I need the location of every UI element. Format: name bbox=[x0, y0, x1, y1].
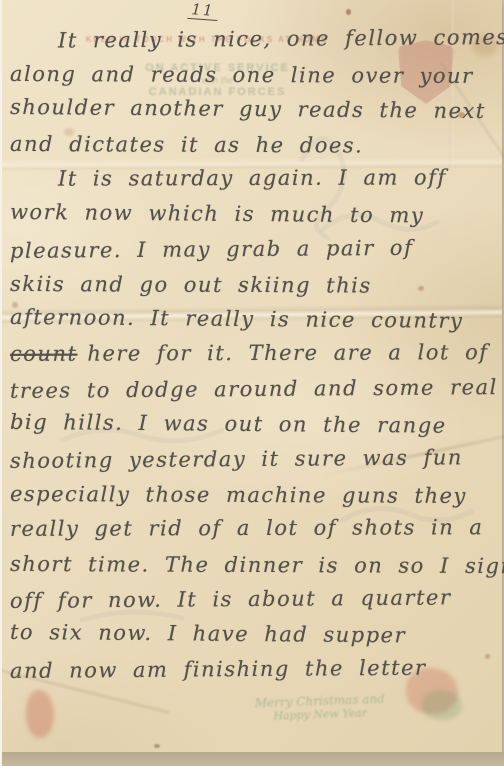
letter-line: off for now. It is about a quarter bbox=[10, 580, 498, 619]
letter-line: shoulder another guy reads the next bbox=[10, 90, 498, 129]
letter-line: especially those machine guns they bbox=[10, 477, 498, 514]
letter-line: really get rid of a lot of shots in a bbox=[10, 510, 498, 547]
letter-line: skiis and go out skiing this bbox=[10, 267, 498, 304]
letter-line: counthere for it. There are a lot of bbox=[10, 335, 498, 372]
letter-line: It is saturday again. I am off bbox=[10, 160, 498, 197]
letter-body: It really is nice, one fellow comes alon… bbox=[10, 22, 498, 687]
letter-line: It really is nice, one fellow comes bbox=[10, 20, 498, 59]
letter-line: shooting yesterday it sure was fun bbox=[10, 440, 498, 479]
letter-line: pleasure. I may grab a pair of bbox=[10, 230, 498, 269]
letter-content: 11 It really is nice, one fellow comes a… bbox=[2, 0, 502, 756]
letter-line: afternoon. It really is nice country bbox=[10, 300, 498, 339]
letter-line: to six now. I have had supper bbox=[10, 615, 498, 654]
letter-line-text: here for it. There are a lot of bbox=[87, 340, 488, 365]
page-number: 11 bbox=[187, 0, 218, 21]
letter-line: short time. The dinner is on so I sign bbox=[10, 547, 498, 584]
scanner-background-strip bbox=[0, 752, 504, 766]
strikethrough-word: count bbox=[10, 342, 77, 366]
letter-line: along and reads one line over your bbox=[10, 57, 498, 94]
letter-line: work now which is much to my bbox=[10, 195, 498, 234]
letter-page: KEEP IN TOUCH WITH THE FOLKS AT HOME ON … bbox=[2, 0, 502, 756]
letter-line: and dictates it as he does. bbox=[10, 127, 498, 164]
letter-line: trees to dodge around and some real bbox=[10, 370, 498, 409]
letter-line: big hills. I was out on the range bbox=[10, 405, 498, 444]
letter-line: and now am finishing the letter bbox=[10, 650, 498, 689]
scan-edge-sliver bbox=[0, 0, 2, 766]
